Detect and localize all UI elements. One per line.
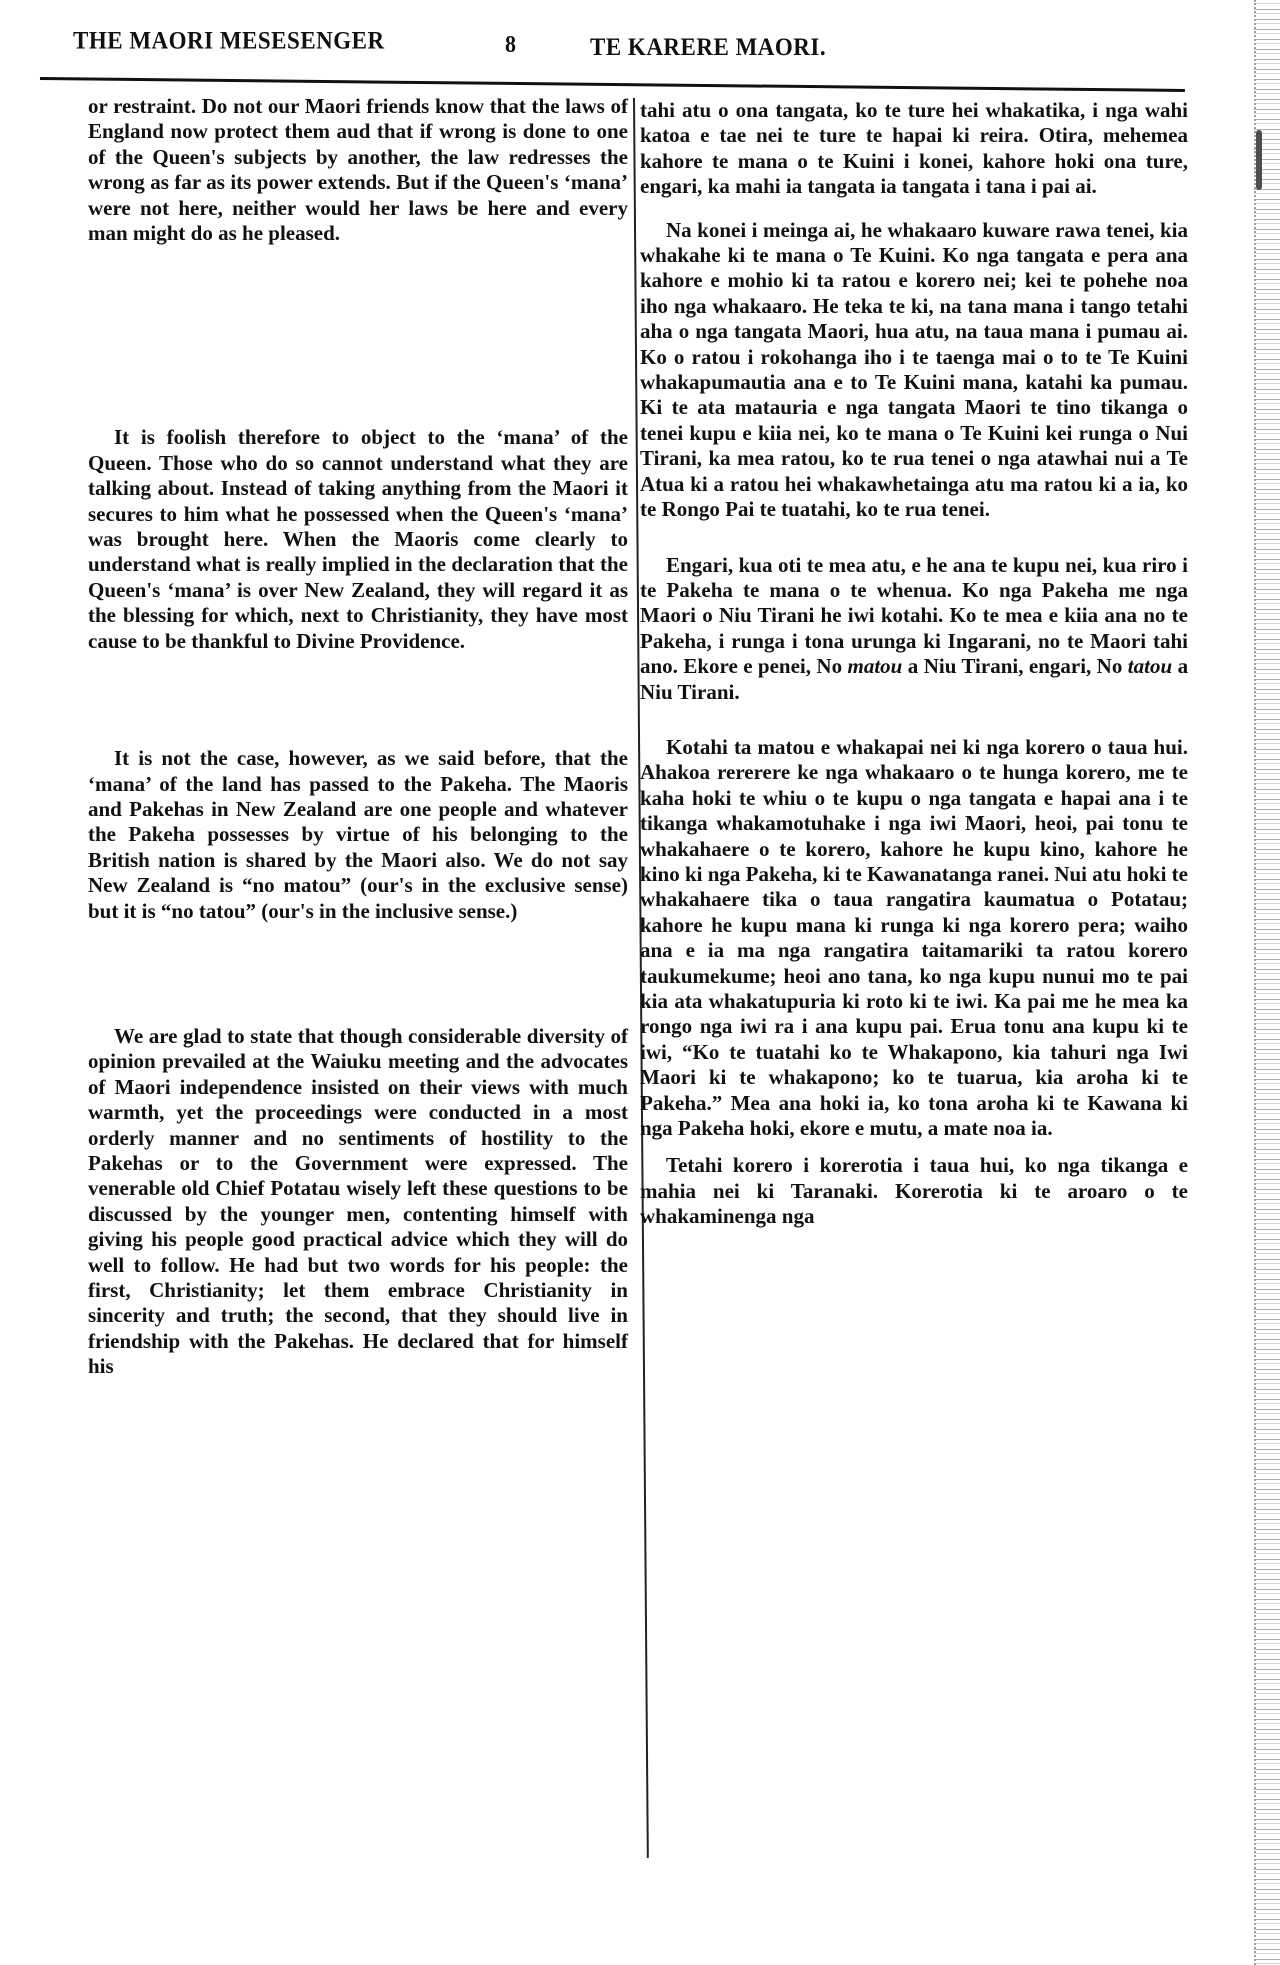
english-paragraph-waiuku-meeting: We are glad to state that though conside… <box>88 1024 628 1380</box>
page-number: 8 <box>505 29 517 58</box>
newspaper-page: THE MAORI MESESENGER 8 TE KARERE MAORI. … <box>0 0 1280 1965</box>
maori-paragraph-engari: Engari, kua oti te mea atu, e he ana te … <box>640 553 1188 705</box>
english-masthead-title: THE MAORI MESESENGER <box>73 26 385 55</box>
maori-masthead-title: TE KARERE MAORI. <box>590 33 826 62</box>
maori-paragraph-na-konei: Na konei i meinga ai, he whakaaro kuware… <box>640 218 1188 523</box>
maori-paragraph-tetahi-korero: Tetahi korero i korerotia i taua hui, ko… <box>640 1153 1188 1229</box>
english-paragraph-laws: or restraint. Do not our Maori friends k… <box>88 94 628 246</box>
english-paragraph-mana-of-land: It is not the case, however, as we said … <box>88 746 628 924</box>
maori-column: tahi atu o ona tangata, ko te ture hei w… <box>640 98 1188 1230</box>
italic-tatou: tatou <box>1128 654 1172 678</box>
page-header: THE MAORI MESESENGER 8 TE KARERE MAORI. <box>60 26 1190 82</box>
english-paragraph-foolish-to-object: It is foolish therefore to object to the… <box>88 425 628 654</box>
maori-paragraph-kotahi: Kotahi ta matou e whakapai nei ki nga ko… <box>640 735 1188 1142</box>
scanned-page-edge <box>1254 0 1280 1965</box>
maori-paragraph-engari-text-2: a Niu Tirani, engari, No <box>908 654 1123 678</box>
english-column: or restraint. Do not our Maori friends k… <box>88 94 628 1380</box>
italic-matou: matou <box>848 654 903 678</box>
maori-paragraph-ture: tahi atu o ona tangata, ko te ture hei w… <box>640 98 1188 200</box>
